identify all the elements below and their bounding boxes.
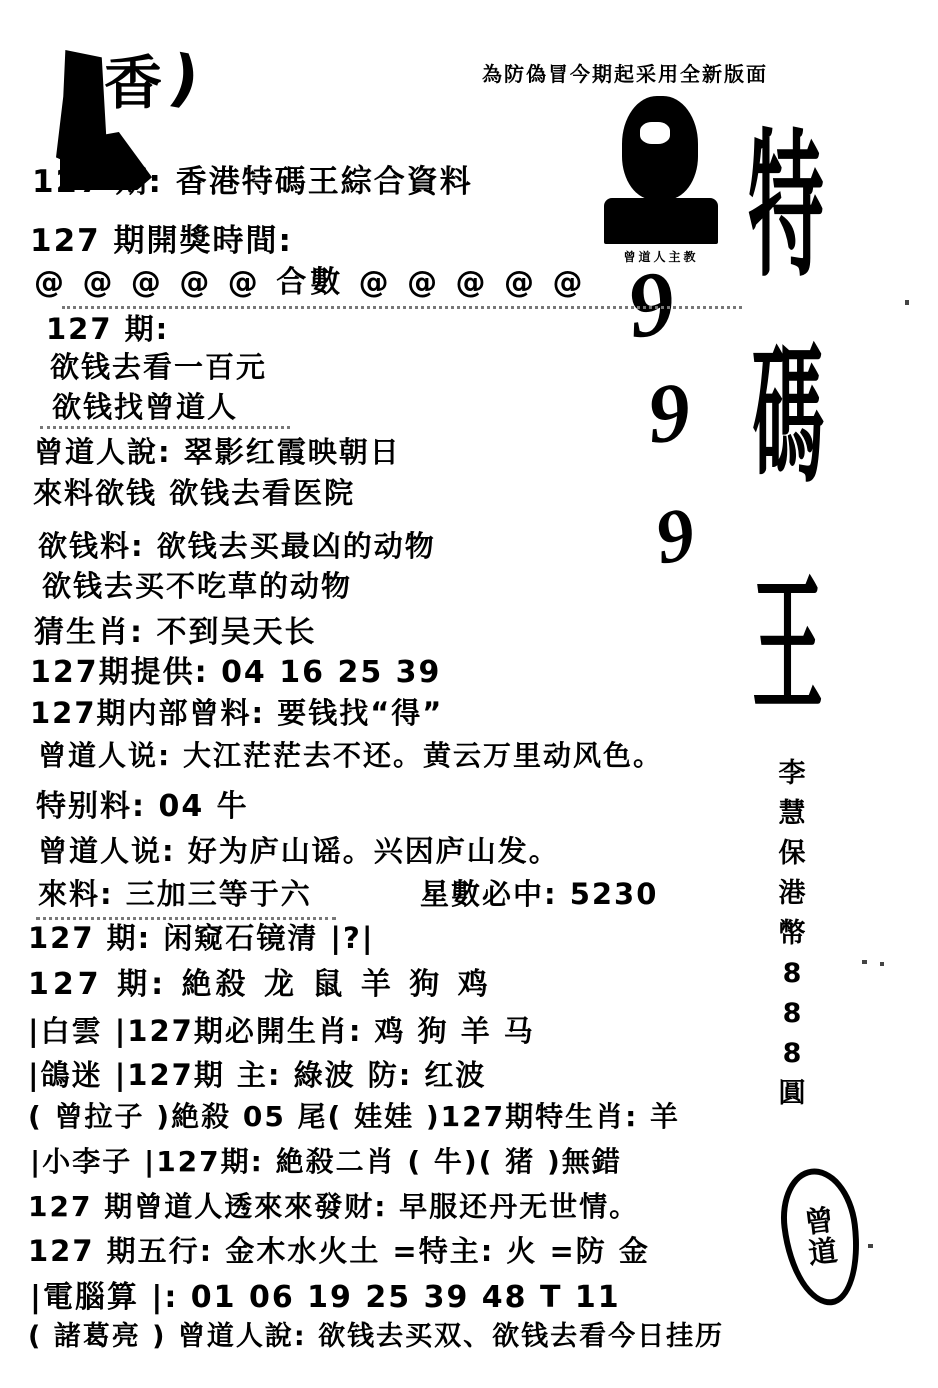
scan-speck	[880, 962, 884, 966]
line-fortune-verse: 127 期曾道人透來來發财: 早服还丹无世情。	[28, 1192, 639, 1223]
line-draw-time: 127 期開獎時間:	[30, 224, 293, 258]
line-incoming-tip: 來料: 三加三等于六 星數必中: 5230	[38, 879, 312, 911]
line-tip: 欲钱料: 欲钱去买最凶的动物	[38, 531, 436, 563]
dotted-underline	[62, 306, 742, 309]
line-saying: 曾道人说: 大江茫茫去不还。黄云万里动风色。	[38, 741, 663, 772]
line-kill-two-zodiacs: |小李子 |127期: 絶殺二肖 ( 牛)( 猪 )無錯	[30, 1147, 622, 1178]
seal-char: 道	[807, 1236, 839, 1268]
side-digit: 8	[783, 1040, 802, 1067]
line-tip: 來料欲钱 欲钱去看医院	[33, 478, 355, 510]
side-digit: 8	[783, 1000, 802, 1027]
line-five-elements: 127 期五行: 金木水火土 =特主: 火 =防 金	[28, 1236, 650, 1268]
line-tip: 欲钱去看一百元	[50, 352, 267, 384]
line-issue: 127 期:	[46, 314, 169, 346]
line-computer-numbers: |電腦算 |: 01 06 19 25 39 48 T 11	[30, 1281, 621, 1314]
line-numbers-provided: 127期提供: 04 16 25 39	[30, 656, 441, 689]
scan-speck	[905, 300, 909, 305]
scan-speck	[868, 1244, 873, 1248]
line-incoming-left: 來料: 三加三等于六	[38, 877, 312, 911]
line-zodiac-guess: 猜生肖: 不到吴天长	[34, 616, 316, 649]
side-digit: 8	[783, 960, 802, 987]
side-char: 保	[779, 840, 806, 867]
seal-stamp: 曾 道	[775, 1164, 867, 1310]
scanned-tip-sheet: { "header": { "note": "為防偽冒今期起采用全新版面", "…	[0, 0, 938, 1388]
line-bottom-saying: ( 諸葛亮 ) 曾道人說: 欲钱去买双、欲钱去看今日挂历	[28, 1322, 724, 1352]
side-char: 港	[779, 880, 806, 907]
line-tip: 欲钱找曾道人	[52, 392, 238, 424]
anti-counterfeit-note: 為防偽冒今期起采用全新版面	[482, 58, 768, 87]
line-internal-tip: 127期内部曾料: 要钱找“得”	[30, 698, 443, 730]
masthead-char-ma: 碼	[752, 342, 824, 492]
dotted-underline	[40, 426, 290, 429]
line-kill-zodiacs: 127 期: 絶殺 龙 鼠 羊 狗 鸡	[28, 968, 492, 1001]
side-char: 幣	[779, 920, 806, 947]
line-must-open-zodiacs: |白雲 |127期必開生肖: 鸡 狗 羊 马	[28, 1016, 535, 1048]
masthead-char-wang: 王	[752, 572, 823, 720]
side-char: 李	[779, 760, 806, 787]
logo-stroke-mark: )	[165, 46, 204, 112]
line-special-tip: 特别料: 04 牛	[36, 790, 249, 823]
line-verse: 127 期: 闲窥石镜清 |?|	[28, 923, 374, 955]
script-nine-1: 9	[622, 255, 680, 353]
bust-portrait-head	[622, 96, 698, 200]
sure-hit-numbers: 星數必中: 5230	[420, 879, 658, 911]
line-kill-tail-zodiac: ( 曾拉子 )絶殺 05 尾( 娃娃 )127期特生肖: 羊	[28, 1102, 680, 1133]
logo-character: 香	[104, 54, 162, 112]
line-saying: 曾道人說: 翠影红霞映朝日	[34, 437, 401, 469]
script-nine-3: 9	[650, 495, 701, 576]
line-saying: 曾道人说: 好为庐山谣。兴因庐山发。	[38, 836, 560, 868]
bust-portrait-shoulders	[604, 198, 718, 244]
line-title: 127 期: 香港特碼王綜合資料	[32, 165, 473, 199]
masthead-char-te: 特	[748, 128, 824, 286]
side-vertical-column: 李 慧 保 港 幣 8 8 8 圓	[770, 760, 814, 1107]
side-char: 慧	[779, 800, 806, 827]
bust-highlight	[640, 122, 670, 144]
scan-speck	[862, 960, 867, 964]
line-at-symbols: @ @ @ @ @ 合數 @ @ @ @ @	[34, 266, 586, 299]
line-tip: 欲钱去买不吃草的动物	[42, 571, 352, 603]
side-char: 圓	[779, 1080, 806, 1107]
script-nine-2: 9	[644, 370, 695, 458]
line-wave-colors: |鴿迷 |127期 主: 綠波 防: 红波	[28, 1060, 486, 1092]
dotted-underline	[36, 917, 336, 920]
